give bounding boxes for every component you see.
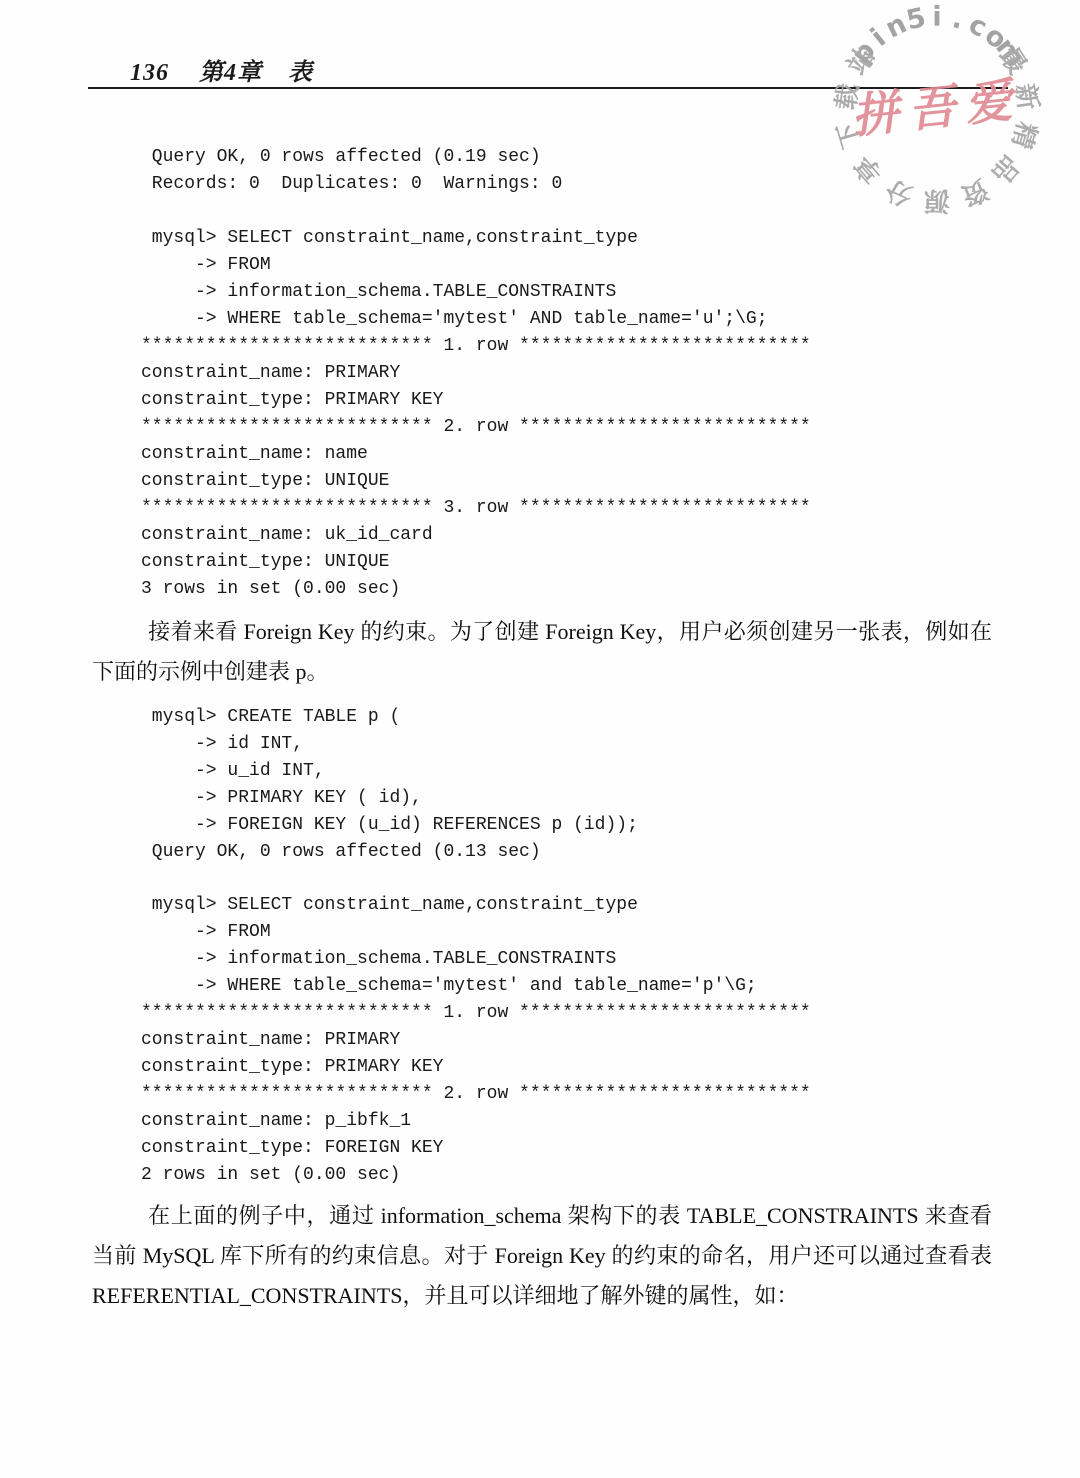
- watermark-site-letter: m: [989, 32, 1031, 73]
- section-title: 表: [288, 60, 313, 86]
- watermark-site-letter: c: [964, 9, 992, 44]
- watermark-site-letter: i: [932, 2, 941, 33]
- watermark-ring-char: 站: [842, 42, 881, 80]
- watermark-ring-char: 新: [1009, 82, 1042, 112]
- watermark-site-letter: p: [846, 36, 882, 70]
- watermark-site-letter: .: [949, 3, 966, 36]
- watermark-center-text: 拼吾爱: [849, 72, 1025, 145]
- page-number: 136: [130, 60, 169, 86]
- paragraph-constraints-explanation: 在上面的例子中，通过 information_schema 架构下的表 TABL…: [92, 1196, 992, 1316]
- mysql-output-block-2: mysql> SELECT constraint_name,constraint…: [141, 892, 811, 1189]
- chapter-label: 第4章: [199, 60, 262, 86]
- mysql-output-block-1: Query OK, 0 rows affected (0.19 sec) Rec…: [141, 144, 811, 603]
- watermark-ring-char: 最: [993, 42, 1032, 80]
- watermark-site-letter: o: [979, 20, 1013, 56]
- watermark-ring-char: 分: [881, 173, 918, 212]
- watermark-ring-char: 精: [1005, 118, 1041, 151]
- watermark-ring-char: 资: [955, 173, 992, 212]
- page-header: 136第4章表: [130, 52, 313, 87]
- paragraph-foreign-key-intro: 接着来看 Foreign Key 的约束。为了创建 Foreign Key，用户…: [92, 612, 992, 692]
- book-page: 136第4章表 Query OK, 0 rows affected (0.19 …: [0, 0, 1080, 1478]
- mysql-create-table-block: mysql> CREATE TABLE p ( -> id INT, -> u_…: [141, 704, 638, 866]
- watermark-site-letter: 5: [903, 2, 928, 36]
- watermark-ring-char: 享: [848, 149, 888, 189]
- watermark-ring-char: 品: [985, 149, 1025, 188]
- watermark-ring-char: 下: [833, 118, 869, 151]
- watermark-site-letter: n: [881, 8, 912, 44]
- watermark-svg: pin5i.com最新精品资源分享下载站拼吾爱: [800, 0, 1080, 240]
- watermark-ring-char: 源: [923, 185, 950, 215]
- watermark-site-letter: i: [865, 23, 892, 53]
- header-rule: [88, 87, 1008, 89]
- watermark-stamp: pin5i.com最新精品资源分享下载站拼吾爱: [800, 0, 1080, 240]
